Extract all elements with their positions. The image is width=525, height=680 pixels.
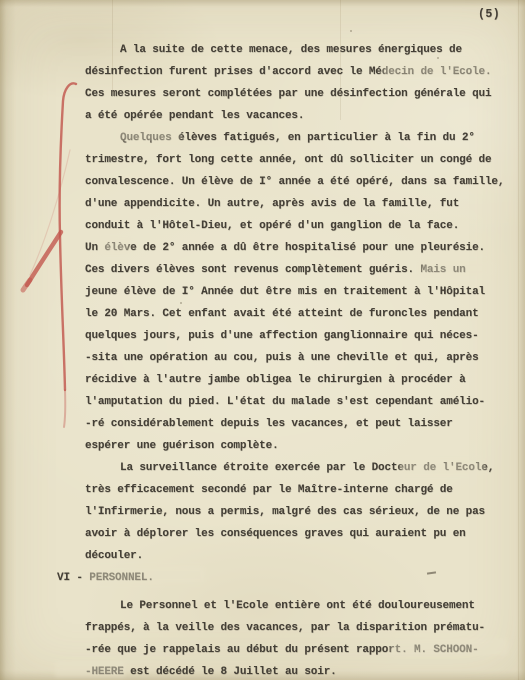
text-line: -rée que je rappelais au début du présen… [85, 643, 479, 658]
document-page: (5) A la suite de cette menace, des mesu… [0, 0, 525, 680]
text-line: très efficacement secondé par le Maître-… [85, 483, 453, 498]
text-line: Ces mesures seront complétées par une dé… [85, 87, 491, 102]
page-number: (5) [478, 8, 500, 21]
red-mark-vertical [60, 83, 76, 390]
text-line: VI - PERSONNEL. [57, 571, 154, 586]
text-line: -ré considérablement depuis les vacances… [85, 417, 453, 432]
text-line: l'Infirmerie, nous a permis, malgré des … [85, 505, 485, 520]
text-line: frappés, à la veille des vacances, par l… [85, 621, 485, 636]
text-line: l'amputation du pied. L'état du malade s… [85, 395, 485, 410]
text-line: découler. [85, 549, 143, 564]
text-line: Quelques élèves fatigués, en particulier… [120, 131, 475, 146]
text-line: Le Personnel et l'Ecole entière ont été … [120, 599, 475, 614]
ink-speck [350, 30, 352, 32]
text-line: trimestre, fort long cette année, ont dû… [85, 153, 491, 168]
text-line: a été opérée pendant les vacances. [85, 109, 304, 124]
text-line: quelques jours, puis d'une affection gan… [85, 329, 479, 344]
text-line: -sita une opération au cou, puis à une c… [85, 351, 479, 366]
text-line: Un élève de 2° année a dû être hospitali… [85, 241, 485, 256]
red-mark-tail [64, 390, 65, 427]
text-line: jeune élève de I° Année dut être mis en … [85, 285, 485, 300]
text-line: Ces divers élèves sont revenus complètem… [85, 263, 466, 278]
text-line: convalescence. Un élève de I° année a ét… [85, 175, 504, 190]
text-line: avoir à déplorer les conséquences graves… [85, 527, 466, 542]
text-line: La surveillance étroite exercée par le D… [120, 461, 494, 476]
text-line: -HEERE est décédé le 8 Juillet au soir. [85, 665, 337, 680]
red-mark-faint-trace [30, 150, 70, 275]
text-line: désinfection furent prises d'accord avec… [85, 65, 491, 80]
red-mark-diagonal-tip [23, 280, 30, 290]
text-line: A la suite de cette menace, des mesures … [120, 43, 462, 58]
text-line: récidive à l'autre jambe obligea le chir… [85, 373, 466, 388]
text-line: d'une appendicite. Un autre, après avis … [85, 197, 459, 212]
red-mark-diagonal [27, 232, 61, 285]
stray-dash-smudge [427, 571, 436, 574]
ink-speck [180, 302, 182, 304]
paper-crease [340, 0, 341, 120]
text-line: espérer une guérison complète. [85, 439, 279, 454]
paper-crease [518, 0, 519, 680]
text-line: le 20 Mars. Cet enfant avait été atteint… [85, 307, 479, 322]
text-line: conduit à l'Hôtel-Dieu, et opéré d'un ga… [85, 219, 459, 234]
